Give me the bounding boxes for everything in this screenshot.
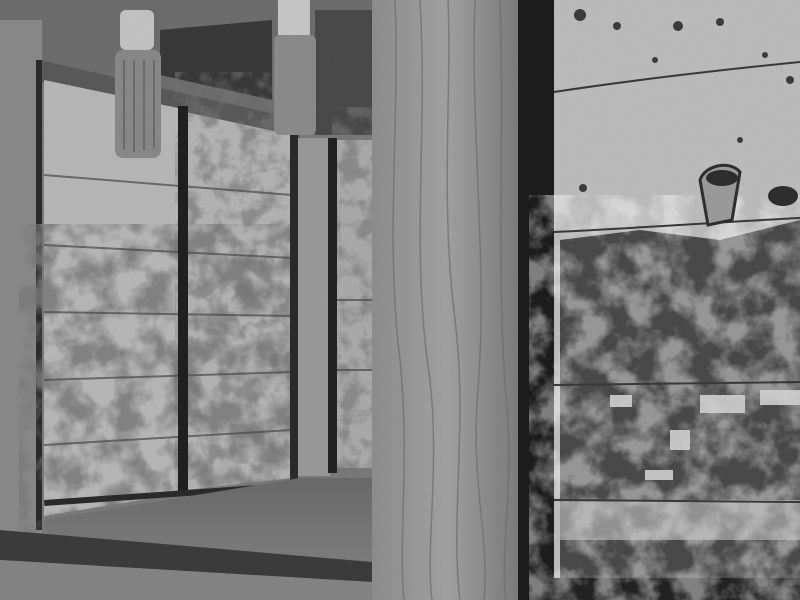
photograph: [0, 0, 800, 600]
left-pillar: [0, 20, 42, 540]
right-lintel: [315, 10, 372, 135]
panel-divider-2: [290, 130, 298, 480]
door-frame: [518, 0, 554, 600]
inner-post: [298, 138, 330, 476]
scene: [0, 0, 800, 600]
tassel-right: [274, 0, 316, 135]
panel-divider-3: [328, 138, 337, 473]
panel-divider-1: [178, 106, 188, 496]
